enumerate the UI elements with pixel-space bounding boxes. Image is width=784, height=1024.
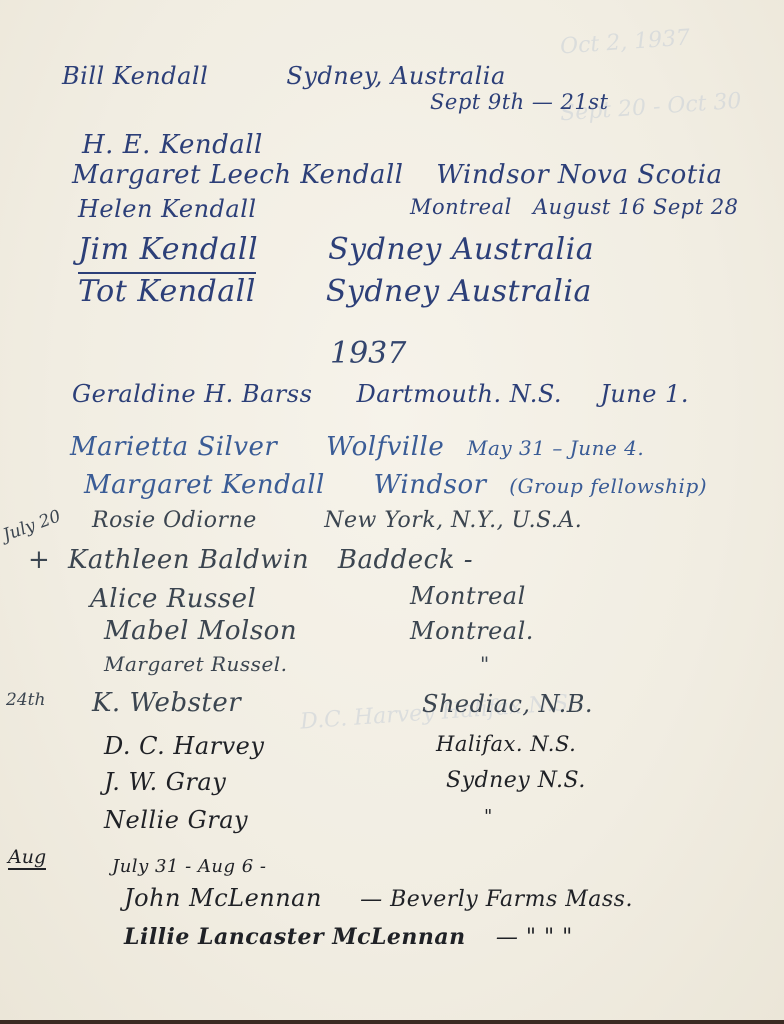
- guest-place: ": [484, 806, 493, 827]
- guest-entry: Margaret Leech Kendall Windsor Nova Scot…: [72, 160, 723, 190]
- guest-place: Windsor Nova Scotia: [436, 160, 722, 190]
- guest-entry: Marietta Silver Wolfville May 31 – June …: [70, 432, 644, 462]
- guest-place: Montreal: [410, 195, 512, 219]
- guest-entry: K. Webster: [92, 688, 241, 718]
- guest-place: Sydney N.S.: [446, 768, 586, 793]
- guest-place: Shediac, N.B.: [422, 690, 593, 718]
- guest-name: Margaret Leech Kendall: [72, 160, 403, 190]
- guest-place: Montreal: [410, 582, 526, 610]
- guest-name: Rosie Odiorne: [92, 508, 257, 533]
- guest-entry: Mabel Molson: [104, 616, 297, 646]
- guest-entry: Lillie Lancaster McLennan — " " ": [124, 924, 573, 950]
- guest-entry: Tot Kendall Sydney Australia: [78, 272, 592, 309]
- guest-date: August 16 Sept 28: [533, 195, 739, 219]
- guest-place: Wolfville: [326, 432, 444, 462]
- guest-name: Jim Kendall: [78, 232, 258, 267]
- guest-entry: Kathleen Baldwin Baddeck -: [68, 545, 473, 575]
- guest-name: H. E. Kendall: [82, 130, 263, 160]
- guestbook-page: Oct 2, 1937 Sept 20 - Oct 30 D.C. Harvey…: [0, 0, 784, 1024]
- guest-name: Margaret Kendall: [84, 470, 325, 500]
- guest-date: June 1.: [600, 380, 689, 408]
- bleed-through-text: Oct 2, 1937: [559, 25, 691, 59]
- guest-entry: Margaret Russel.: [104, 652, 288, 676]
- guest-name: Marietta Silver: [70, 432, 277, 462]
- guest-entry: John McLennan — Beverly Farms Mass.: [124, 884, 633, 912]
- guest-entry-right: Montreal August 16 Sept 28: [410, 195, 739, 219]
- guest-place: Windsor: [374, 470, 487, 500]
- margin-note-date: July 20: [0, 506, 63, 545]
- guest-entry: Jim Kendall Sydney Australia: [78, 232, 594, 267]
- guest-name: D. C. Harvey: [104, 732, 264, 760]
- guest-entry: J. W. Gray: [104, 768, 226, 796]
- guest-name: Helen Kendall: [78, 195, 257, 223]
- guest-name: Mabel Molson: [104, 616, 297, 646]
- guest-place: Sydney, Australia: [286, 62, 505, 90]
- guest-place: — " " ": [496, 925, 573, 950]
- guest-name: Bill Kendall: [62, 62, 208, 90]
- margin-note-date: 24th: [6, 690, 45, 710]
- guest-name: Margaret Russel.: [104, 652, 288, 676]
- guest-place: Montreal.: [410, 617, 534, 645]
- guest-name: Alice Russel: [90, 584, 256, 614]
- guest-date: May 31 – June 4.: [467, 436, 644, 460]
- guest-name: Nellie Gray: [104, 806, 248, 834]
- guest-name: John McLennan: [124, 884, 322, 912]
- guest-place: Sydney Australia: [326, 274, 592, 309]
- guest-entry: Alice Russel: [90, 584, 256, 614]
- guest-entry: Bill Kendall Sydney, Australia: [62, 62, 506, 90]
- guest-place: — Beverly Farms Mass.: [360, 887, 633, 912]
- guest-date: Sept 9th — 21st: [430, 90, 608, 114]
- guest-entry: Nellie Gray: [104, 806, 248, 834]
- guest-name: Kathleen Baldwin: [68, 545, 309, 575]
- guest-name: Tot Kendall: [78, 272, 256, 309]
- margin-note-month: Aug: [8, 846, 46, 870]
- visit-date-range: July 31 - Aug 6 -: [112, 856, 266, 877]
- guest-entry: Margaret Kendall Windsor (Group fellowsh…: [84, 470, 707, 500]
- guest-place: ": [480, 652, 490, 676]
- guest-place: New York, N.Y., U.S.A.: [324, 508, 582, 533]
- guest-date: (Group fellowship): [509, 474, 707, 498]
- guest-entry: Geraldine H. Barss Dartmouth. N.S. June …: [72, 380, 689, 408]
- guest-entry: Helen Kendall: [78, 195, 257, 223]
- guest-place: Dartmouth. N.S.: [357, 380, 563, 408]
- guest-entry: Rosie Odiorne New York, N.Y., U.S.A.: [92, 508, 582, 533]
- guest-entry: D. C. Harvey: [104, 732, 264, 760]
- guest-place: Baddeck -: [338, 545, 473, 575]
- guest-entry: H. E. Kendall: [82, 130, 263, 160]
- year-heading: 1937: [330, 336, 406, 371]
- guest-name: K. Webster: [92, 688, 241, 718]
- margin-mark: +: [28, 545, 50, 575]
- guest-name: Geraldine H. Barss: [72, 380, 312, 408]
- guest-name: Lillie Lancaster McLennan: [124, 924, 466, 950]
- guest-place: Halifax. N.S.: [436, 732, 576, 756]
- guest-place: Sydney Australia: [328, 232, 594, 267]
- guest-name: J. W. Gray: [104, 768, 226, 796]
